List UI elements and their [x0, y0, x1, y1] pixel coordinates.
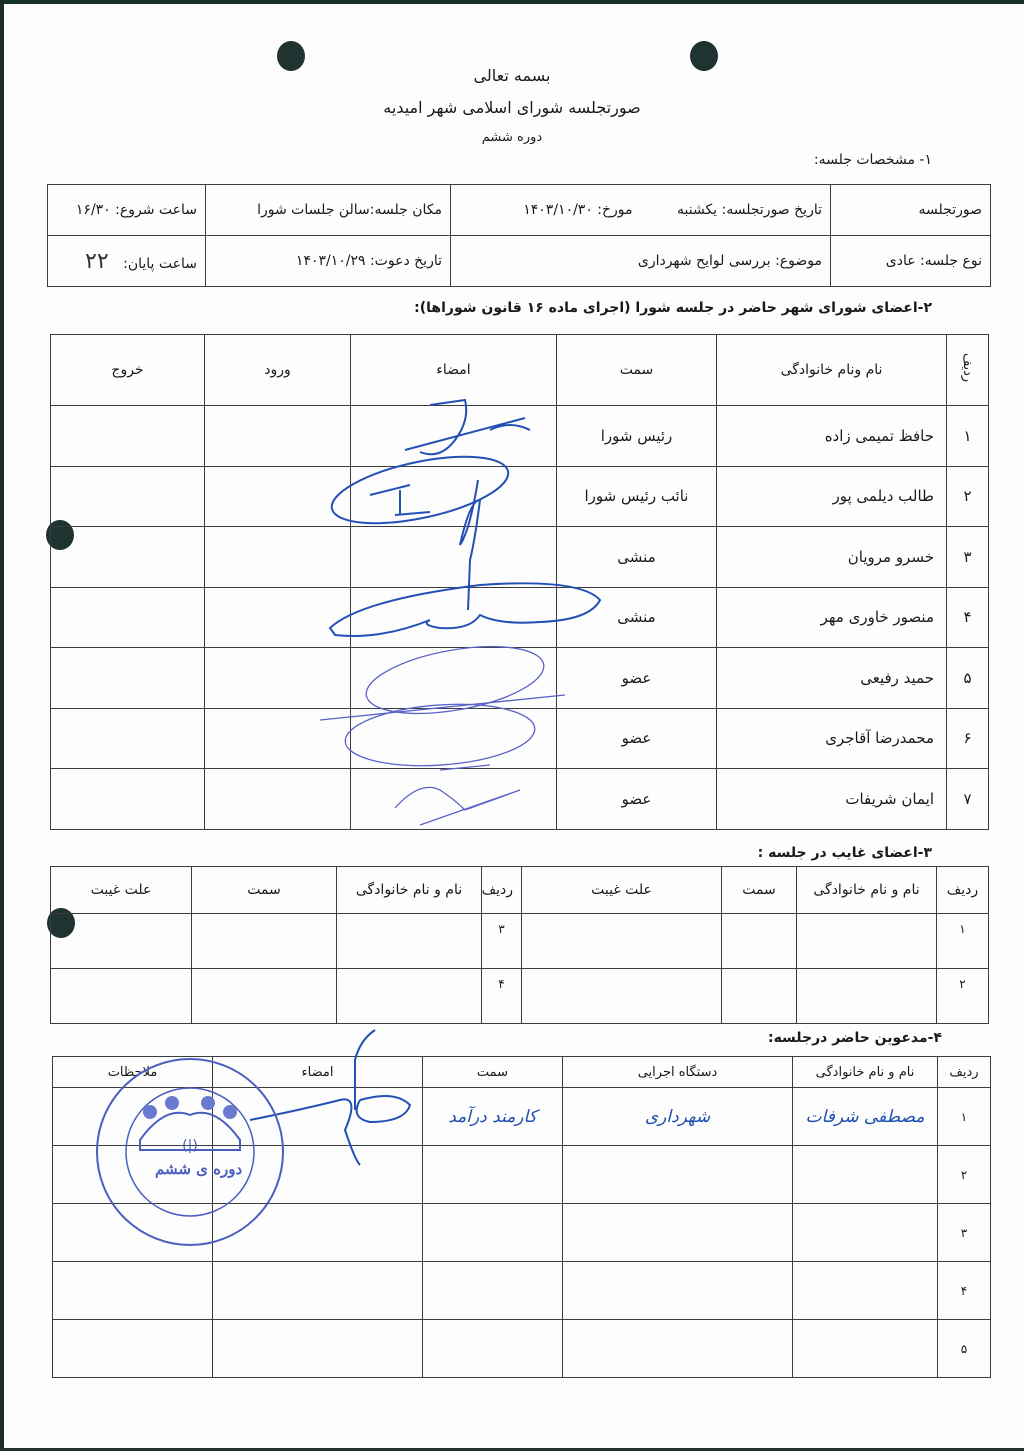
- signature-cell: [351, 406, 557, 467]
- invitee-role: کارمند درآمد: [448, 1107, 537, 1127]
- member-role: رئیس شورا: [557, 406, 717, 467]
- end-time-value: ۲۲: [85, 249, 109, 274]
- subject-cell: موضوع: بررسی لوایح شهرداری: [451, 236, 831, 287]
- member-role: نائب رئیس شورا: [557, 466, 717, 527]
- section1-title: ۱- مشخصات جلسه:: [814, 152, 932, 168]
- table-row: ۱ مصطفی شرفات شهرداری کارمند درآمد: [53, 1088, 991, 1146]
- table-row: ۱ ۳: [51, 914, 989, 969]
- table-row: ۱ حافظ تمیمی زاده رئیس شورا: [51, 406, 989, 467]
- document-title: صورتجلسه شورای اسلامی شهر امیدیه: [0, 98, 1024, 117]
- scan-edge-top: [0, 0, 1024, 4]
- member-name: خسرو مرویان: [717, 527, 947, 588]
- signature-cell: [351, 708, 557, 769]
- member-role: عضو: [557, 708, 717, 769]
- member-name: منصور خاوری مهر: [717, 587, 947, 648]
- member-name: طالب دیلمی پور: [717, 466, 947, 527]
- table-row: ۵ حمید رفیعی عضو: [51, 648, 989, 709]
- entry-cell: [205, 708, 351, 769]
- signature-cell: [351, 466, 557, 527]
- entry-cell: [205, 648, 351, 709]
- member-name: محمدرضا آقاجری: [717, 708, 947, 769]
- col-reason-header: علت غیبت: [51, 867, 192, 914]
- col-role-header: سمت: [557, 335, 717, 406]
- col-name-header: نام و نام خانوادگی: [337, 867, 482, 914]
- section3-title: ۳-اعضای غایب در جلسه :: [758, 845, 932, 861]
- invitee-name: مصطفی شرفات: [806, 1107, 925, 1127]
- start-time-cell: ساعت شروع: ۱۶/۳۰: [48, 185, 206, 236]
- session-info-table: صورتجلسه تاریخ صورتجلسه: یکشنبه مورخ: ۱۴…: [47, 184, 991, 287]
- entry-cell: [205, 587, 351, 648]
- member-name: حافظ تمیمی زاده: [717, 406, 947, 467]
- table-row: ۲ طالب دیلمی پور نائب رئیس شورا: [51, 466, 989, 527]
- invite-date-cell: تاریخ دعوت: ۱۴۰۳/۱۰/۲۹: [206, 236, 451, 287]
- exit-cell: [51, 708, 205, 769]
- session-type-cell: نوع جلسه: عادی: [831, 236, 991, 287]
- invitees-table: ردیف نام و نام خانوادگی دستگاه اجرایی سم…: [52, 1056, 991, 1378]
- section4-title: ۴-مدعوین حاضر درجلسه:: [768, 1030, 942, 1046]
- col-notes-header: ملاحظات: [53, 1057, 213, 1088]
- member-role: عضو: [557, 769, 717, 830]
- scan-edge-left: [0, 0, 4, 1451]
- session-date-cell: تاریخ صورتجلسه: یکشنبه مورخ: ۱۴۰۳/۱۰/۳۰: [451, 185, 831, 236]
- signature-cell: [213, 1088, 423, 1146]
- col-org-header: دستگاه اجرایی: [563, 1057, 793, 1088]
- member-role: منشی: [557, 527, 717, 588]
- col-reason-header: علت غیبت: [522, 867, 722, 914]
- end-time-label: ساعت پایان:: [123, 256, 197, 272]
- section2-title: ۲-اعضای شورای شهر حاضر در جلسه شورا (اجر…: [414, 300, 932, 316]
- session-dated: مورخ: ۱۴۰۳/۱۰/۳۰: [523, 202, 632, 218]
- col-role-header: سمت: [423, 1057, 563, 1088]
- exit-cell: [51, 527, 205, 588]
- table-row: ۴: [53, 1262, 991, 1320]
- col-role-header: سمت: [192, 867, 337, 914]
- member-name: حمید رفیعی: [717, 648, 947, 709]
- exit-cell: [51, 769, 205, 830]
- notes-cell: [53, 1088, 213, 1146]
- session-date-label: تاریخ صورتجلسه: یکشنبه: [677, 202, 822, 218]
- col-role-header: سمت: [722, 867, 797, 914]
- term-label: دوره ششم: [0, 130, 1024, 145]
- col-row-header: ردیف: [947, 335, 989, 406]
- exit-cell: [51, 587, 205, 648]
- signature-cell: [351, 527, 557, 588]
- invocation: بسمه تعالی: [0, 66, 1024, 85]
- col-row-header: ردیف: [938, 1057, 991, 1088]
- col-row-header: ردیف: [937, 867, 989, 914]
- entry-cell: [205, 769, 351, 830]
- table-row: ۳: [53, 1204, 991, 1262]
- col-signature-header: امضاء: [213, 1057, 423, 1088]
- col-entry-header: ورود: [205, 335, 351, 406]
- signature-cell: [351, 769, 557, 830]
- member-role: منشی: [557, 587, 717, 648]
- signature-cell: [351, 587, 557, 648]
- table-row: ۲ ۴: [51, 969, 989, 1024]
- entry-cell: [205, 527, 351, 588]
- table-row: ۶ محمدرضا آقاجری عضو: [51, 708, 989, 769]
- signature-cell: [351, 648, 557, 709]
- exit-cell: [51, 648, 205, 709]
- col-row-header: ردیف: [482, 867, 522, 914]
- exit-cell: [51, 466, 205, 527]
- col-exit-header: خروج: [51, 335, 205, 406]
- stamp-term-text: دوره ی ششم: [155, 1160, 242, 1178]
- exit-cell: [51, 406, 205, 467]
- absent-members-table: ردیف نام و نام خانوادگی سمت علت غیبت ردی…: [50, 866, 989, 1024]
- table-row: ۷ ایمان شریفات عضو: [51, 769, 989, 830]
- col-signature-header: امضاء: [351, 335, 557, 406]
- member-name: ایمان شریفات: [717, 769, 947, 830]
- entry-cell: [205, 466, 351, 527]
- doc-label: صورتجلسه: [831, 185, 991, 236]
- end-time-cell: ساعت پایان: ۲۲: [48, 236, 206, 287]
- invitee-org: شهرداری: [645, 1107, 710, 1127]
- col-name-header: نام ونام خانوادگی: [717, 335, 947, 406]
- col-name-header: نام و نام خانوادگی: [797, 867, 937, 914]
- col-name-header: نام و نام خانوادگی: [793, 1057, 938, 1088]
- table-row: ۳ خسرو مرویان منشی: [51, 527, 989, 588]
- member-role: عضو: [557, 648, 717, 709]
- present-members-table: ردیف نام ونام خانوادگی سمت امضاء ورود خر…: [50, 334, 989, 830]
- entry-cell: [205, 406, 351, 467]
- location-cell: مکان جلسه:سالن جلسات شورا: [206, 185, 451, 236]
- table-row: ۵: [53, 1320, 991, 1378]
- table-row: ۴ منصور خاوری مهر منشی: [51, 587, 989, 648]
